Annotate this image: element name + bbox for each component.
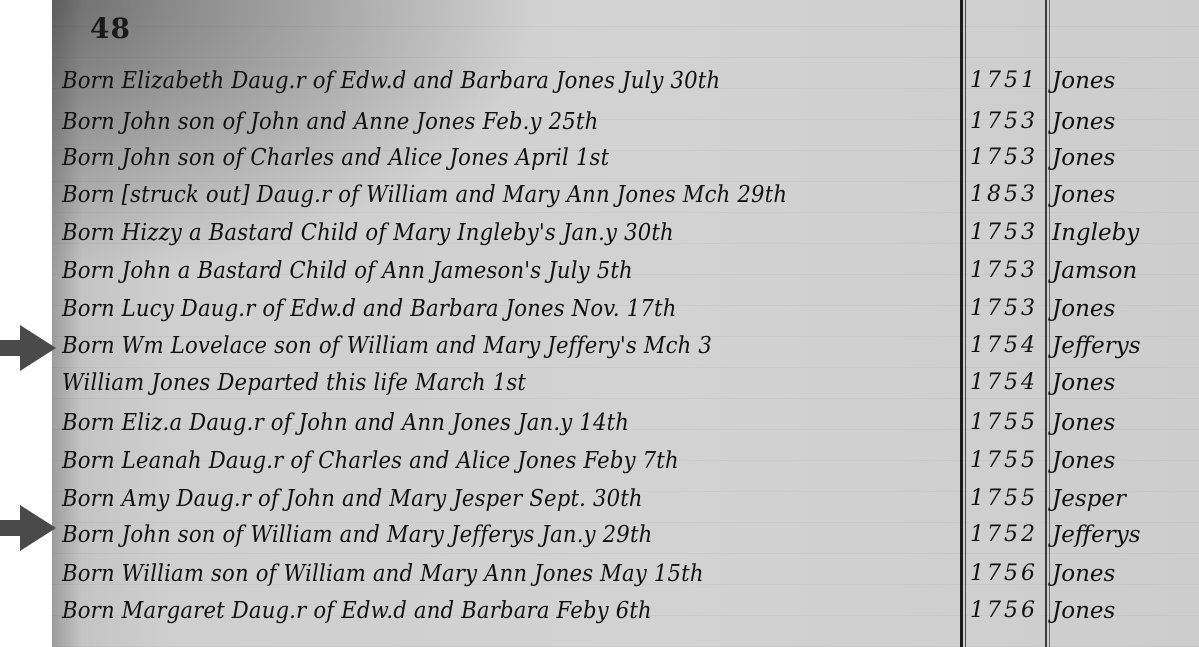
entry-year: 1752 [970,522,1040,547]
entry-text: Born Elizabeth Daug.r of Edw.d and Barba… [62,68,885,94]
entry-surname: Jones [1052,448,1197,474]
entry-surname: Jesper [1052,486,1197,512]
entry-text: Born Wm Lovelace son of William and Mary… [62,333,885,359]
entry-surname: Jones [1052,68,1197,94]
right-arrow-icon [0,505,56,551]
entry-text: Born Leanah Daug.r of Charles and Alice … [62,448,885,474]
entry-year: 1755 [970,486,1040,511]
entry-year: 1756 [970,598,1040,623]
entry-surname: Jones [1052,296,1197,322]
register-row: Born Margaret Daug.r of Edw.d and Barbar… [52,598,1199,628]
entry-year: 1753 [970,258,1040,283]
entry-year: 1755 [970,410,1040,435]
entry-surname: Jamson [1052,258,1197,284]
entry-surname: Jones [1052,561,1197,587]
entry-surname: Jefferys [1052,522,1197,548]
register-row: Born William son of William and Mary Ann… [52,561,1199,591]
register-row: Born John a Bastard Child of Ann Jameson… [52,258,1199,288]
register-row: Born [struck out] Daug.r of William and … [52,182,1199,212]
entry-text: Born Margaret Daug.r of Edw.d and Barbar… [62,598,885,624]
entry-surname: Ingleby [1052,220,1197,246]
register-row: Born Leanah Daug.r of Charles and Alice … [52,448,1199,478]
entry-surname: Jones [1052,370,1197,396]
register-page: 48 Born Elizabeth Daug.r of Edw.d and Ba… [52,0,1199,647]
entry-year: 1753 [970,220,1040,245]
register-row-highlighted: Born John son of William and Mary Jeffer… [52,522,1199,552]
register-row: William Jones Departed this life March 1… [52,370,1199,400]
register-row: Born John son of Charles and Alice Jones… [52,145,1199,175]
entry-text: Born John son of William and Mary Jeffer… [62,522,885,548]
entry-surname: Jones [1052,145,1197,171]
entry-year: 1754 [970,370,1040,395]
entry-text: Born John a Bastard Child of Ann Jameson… [62,258,885,284]
register-row: Born Lucy Daug.r of Edw.d and Barbara Jo… [52,296,1199,326]
entry-year: 1753 [970,145,1040,170]
entry-year: 1751 [970,68,1040,93]
page-number: 48 [90,12,131,45]
entry-text: William Jones Departed this life March 1… [62,370,885,396]
register-row: Born Hizzy a Bastard Child of Mary Ingle… [52,220,1199,250]
entry-surname: Jones [1052,598,1197,624]
arrow-head [20,325,56,371]
arrow-head [20,505,56,551]
entry-year: 1753 [970,296,1040,321]
entry-text: Born William son of William and Mary Ann… [62,561,885,587]
entry-text: Born Eliz.a Daug.r of John and Ann Jones… [62,410,885,436]
arrow-shaft [0,520,22,536]
register-row-highlighted: Born Wm Lovelace son of William and Mary… [52,333,1199,363]
entry-text: Born [struck out] Daug.r of William and … [62,182,885,208]
entry-text: Born John son of Charles and Alice Jones… [62,145,885,171]
entry-text: Born Hizzy a Bastard Child of Mary Ingle… [62,220,885,246]
entry-text: Born Amy Daug.r of John and Mary Jesper … [62,486,885,512]
entry-year: 1753 [970,109,1040,134]
register-row: Born Amy Daug.r of John and Mary Jesper … [52,486,1199,516]
arrow-shaft [0,340,22,356]
entry-text: Born John son of John and Anne Jones Feb… [62,109,885,135]
entry-year: 1756 [970,561,1040,586]
register-row: Born John son of John and Anne Jones Feb… [52,109,1199,139]
register-row: Born Elizabeth Daug.r of Edw.d and Barba… [52,68,1199,98]
entry-surname: Jones [1052,410,1197,436]
entry-surname: Jefferys [1052,333,1197,359]
entry-surname: Jones [1052,109,1197,135]
entry-year: 1755 [970,448,1040,473]
right-arrow-icon [0,325,56,371]
register-row: Born Eliz.a Daug.r of John and Ann Jones… [52,410,1199,440]
entry-year: 1754 [970,333,1040,358]
entry-year: 1853 [970,182,1040,207]
entry-text: Born Lucy Daug.r of Edw.d and Barbara Jo… [62,296,885,322]
entry-surname: Jones [1052,182,1197,208]
